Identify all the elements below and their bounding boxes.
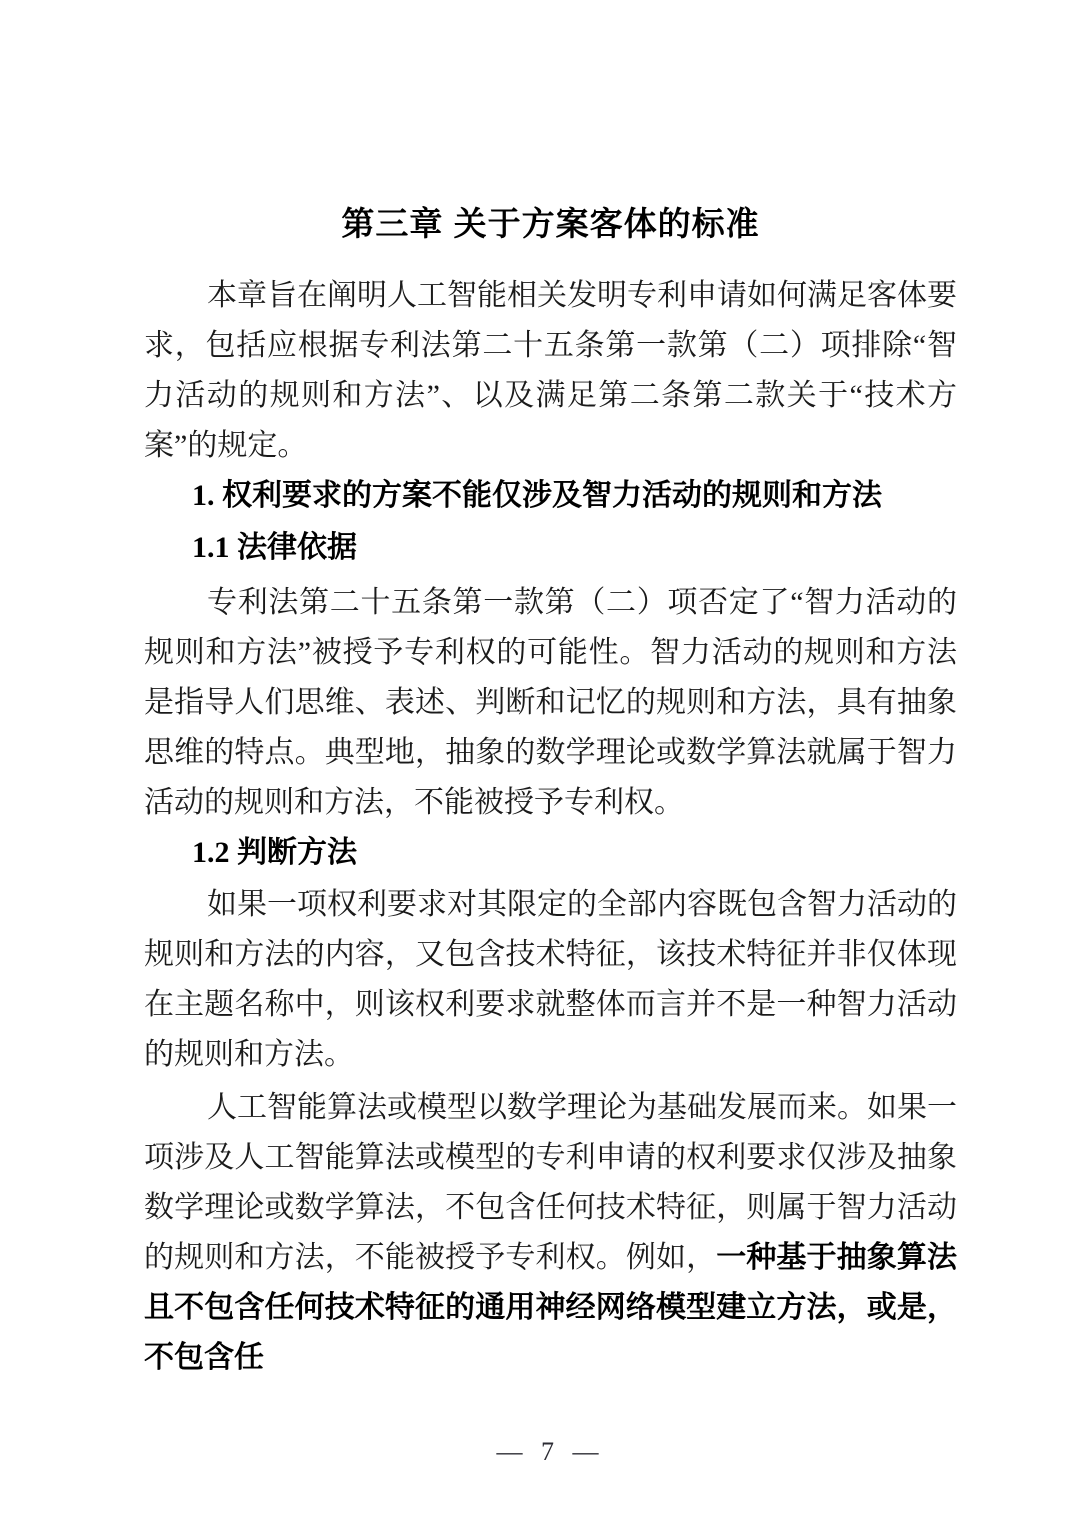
paragraph-judgment-method-1: 如果一项权利要求对其限定的全部内容既包含智力活动的规则和方法的内容，又包含技术特… <box>144 880 957 1080</box>
section-heading-1: 1. 权利要求的方案不能仅涉及智力活动的规则和方法 <box>144 471 957 521</box>
page-number: — 7 — <box>144 1435 957 1469</box>
section-heading-1-1: 1.1 法律依据 <box>144 523 957 573</box>
paragraph-judgment-method-2: 人工智能算法或模型以数学理论为基础发展而来。如果一项涉及人工智能算法或模型的专利… <box>144 1083 957 1383</box>
chapter-title: 第三章 关于方案客体的标准 <box>144 203 957 245</box>
document-page: 第三章 关于方案客体的标准 本章旨在阐明人工智能相关发明专利申请如何满足客体要求… <box>0 0 1080 1527</box>
paragraph-chapter-intro: 本章旨在阐明人工智能相关发明专利申请如何满足客体要求，包括应根据专利法第二十五条… <box>144 271 957 471</box>
paragraph-legal-basis: 专利法第二十五条第一款第（二）项否定了“智力活动的规则和方法”被授予专利权的可能… <box>144 578 957 828</box>
section-heading-1-2: 1.2 判断方法 <box>144 828 957 878</box>
